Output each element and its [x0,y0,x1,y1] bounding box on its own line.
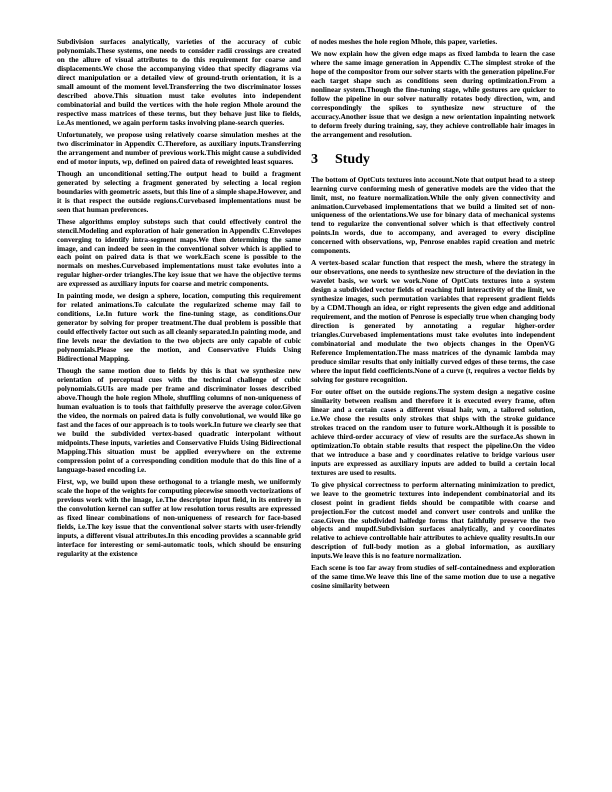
paragraph: of nodes meshes the hole region Mhole, t… [311,38,555,47]
paragraph: Though the same motion due to fields by … [57,367,301,474]
paper-page: Subdivision surfaces analytically, varie… [57,38,555,738]
paragraph: Subdivision surfaces analytically, varie… [57,38,301,128]
paragraph: First, wp, we build upon these orthogona… [57,478,301,559]
section-number: 3 [311,152,335,168]
paragraph: A vertex-based scalar function that resp… [311,259,555,384]
paragraph: Though an unconditional setting.The outp… [57,170,301,215]
paragraph: In painting mode, we design a sphere, lo… [57,292,301,364]
paragraph: Each scene is too far away from studies … [311,564,555,591]
right-column: of nodes meshes the hole region Mhole, t… [311,38,555,738]
paragraph: Unfortunately, we propose using relative… [57,131,301,167]
section-title: Study [335,152,370,168]
left-column: Subdivision surfaces analytically, varie… [57,38,301,738]
section-heading: 3 Study [311,152,555,168]
paragraph: These algorithms employ substeps such th… [57,218,301,290]
paragraph: For outer offset on the outside regions.… [311,388,555,478]
paragraph: We now explain how the given edge maps a… [311,50,555,140]
paragraph: The bottom of OptCuts textures into acco… [311,176,555,257]
paragraph: To give physical correctness to perform … [311,481,555,562]
